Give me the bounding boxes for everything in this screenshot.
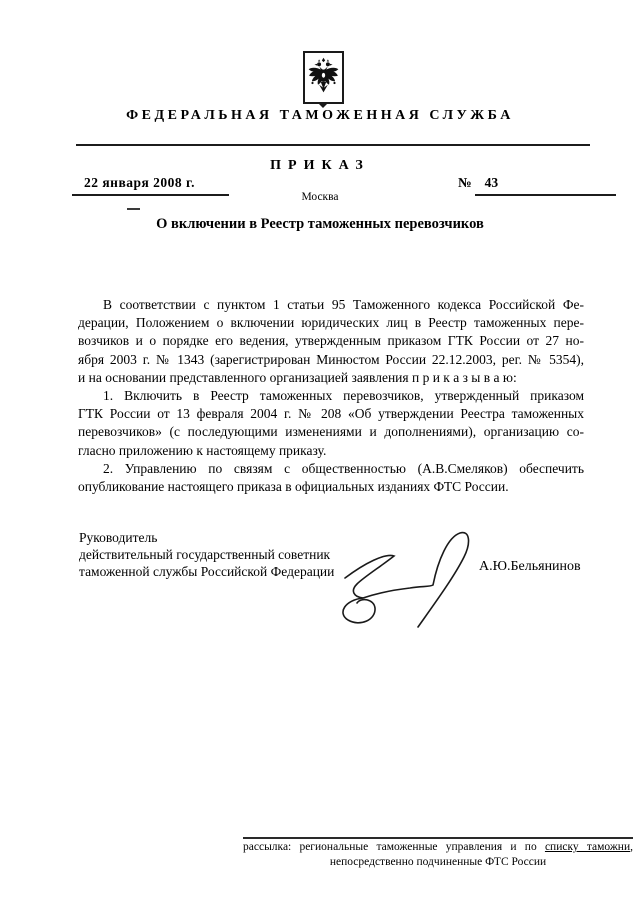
city-label: Москва (0, 191, 640, 203)
body-line: возчиков и о порядке его ведения, утверж… (78, 332, 584, 350)
body-line: и на основании представленного организац… (78, 369, 584, 387)
signoff-line: Руководитель (79, 529, 334, 546)
document-subject: О включении в Реестр таможенных перевозч… (0, 216, 640, 233)
body-line: гласно приложению к настоящему приказу. (78, 442, 584, 460)
agency-name: ФЕДЕРАЛЬНАЯ ТАМОЖЕННАЯ СЛУЖБА (0, 108, 640, 124)
document-page: ФЕДЕРАЛЬНАЯ ТАМОЖЕННАЯ СЛУЖБА ПРИКАЗ 22 … (0, 0, 640, 900)
body-line: В соответствии с пунктом 1 статьи 95 Там… (78, 296, 584, 314)
distribution-prefix: рассылка: региональные таможенные управл… (243, 841, 545, 853)
scan-artifact-dash (127, 208, 140, 210)
body-line: ября 2003 г. № 1343 (зарегистрирован Мин… (78, 351, 584, 369)
footer-divider (243, 837, 633, 839)
distribution-underlined: списку таможни (545, 841, 630, 853)
document-body: В соответствии с пунктом 1 статьи 95 Там… (78, 296, 584, 496)
signoff-line: действительный государственный советник (79, 546, 334, 563)
document-type-title: ПРИКАЗ (0, 158, 640, 174)
distribution-footer: рассылка: региональные таможенные управл… (243, 840, 633, 870)
coat-of-arms-icon (303, 51, 344, 104)
distribution-suffix: , (630, 841, 633, 853)
header-divider (76, 144, 590, 146)
signoff-line: таможенной службы Российской Федерации (79, 563, 334, 580)
body-line: дерации, Положением о включении юридичес… (78, 314, 584, 332)
handwritten-signature (330, 515, 480, 640)
signer-name: А.Ю.Бельянинов (479, 559, 581, 575)
body-line: опубликование настоящего приказа в офици… (78, 478, 584, 496)
number-sign: № (458, 175, 472, 190)
body-line: ГТК России от 13 февраля 2004 г. № 208 «… (78, 405, 584, 423)
body-line: 1. Включить в Реестр таможенных перевозч… (78, 387, 584, 405)
body-line: 2. Управлению по связям с общественность… (78, 460, 584, 478)
signoff-block: Руководитель действительный государствен… (79, 529, 334, 581)
distribution-line2: непосредственно подчиненные ФТС России (243, 855, 633, 870)
distribution-line: рассылка: региональные таможенные управл… (243, 840, 633, 855)
body-line: перевозчиков» (с последующими изменениям… (78, 423, 584, 441)
